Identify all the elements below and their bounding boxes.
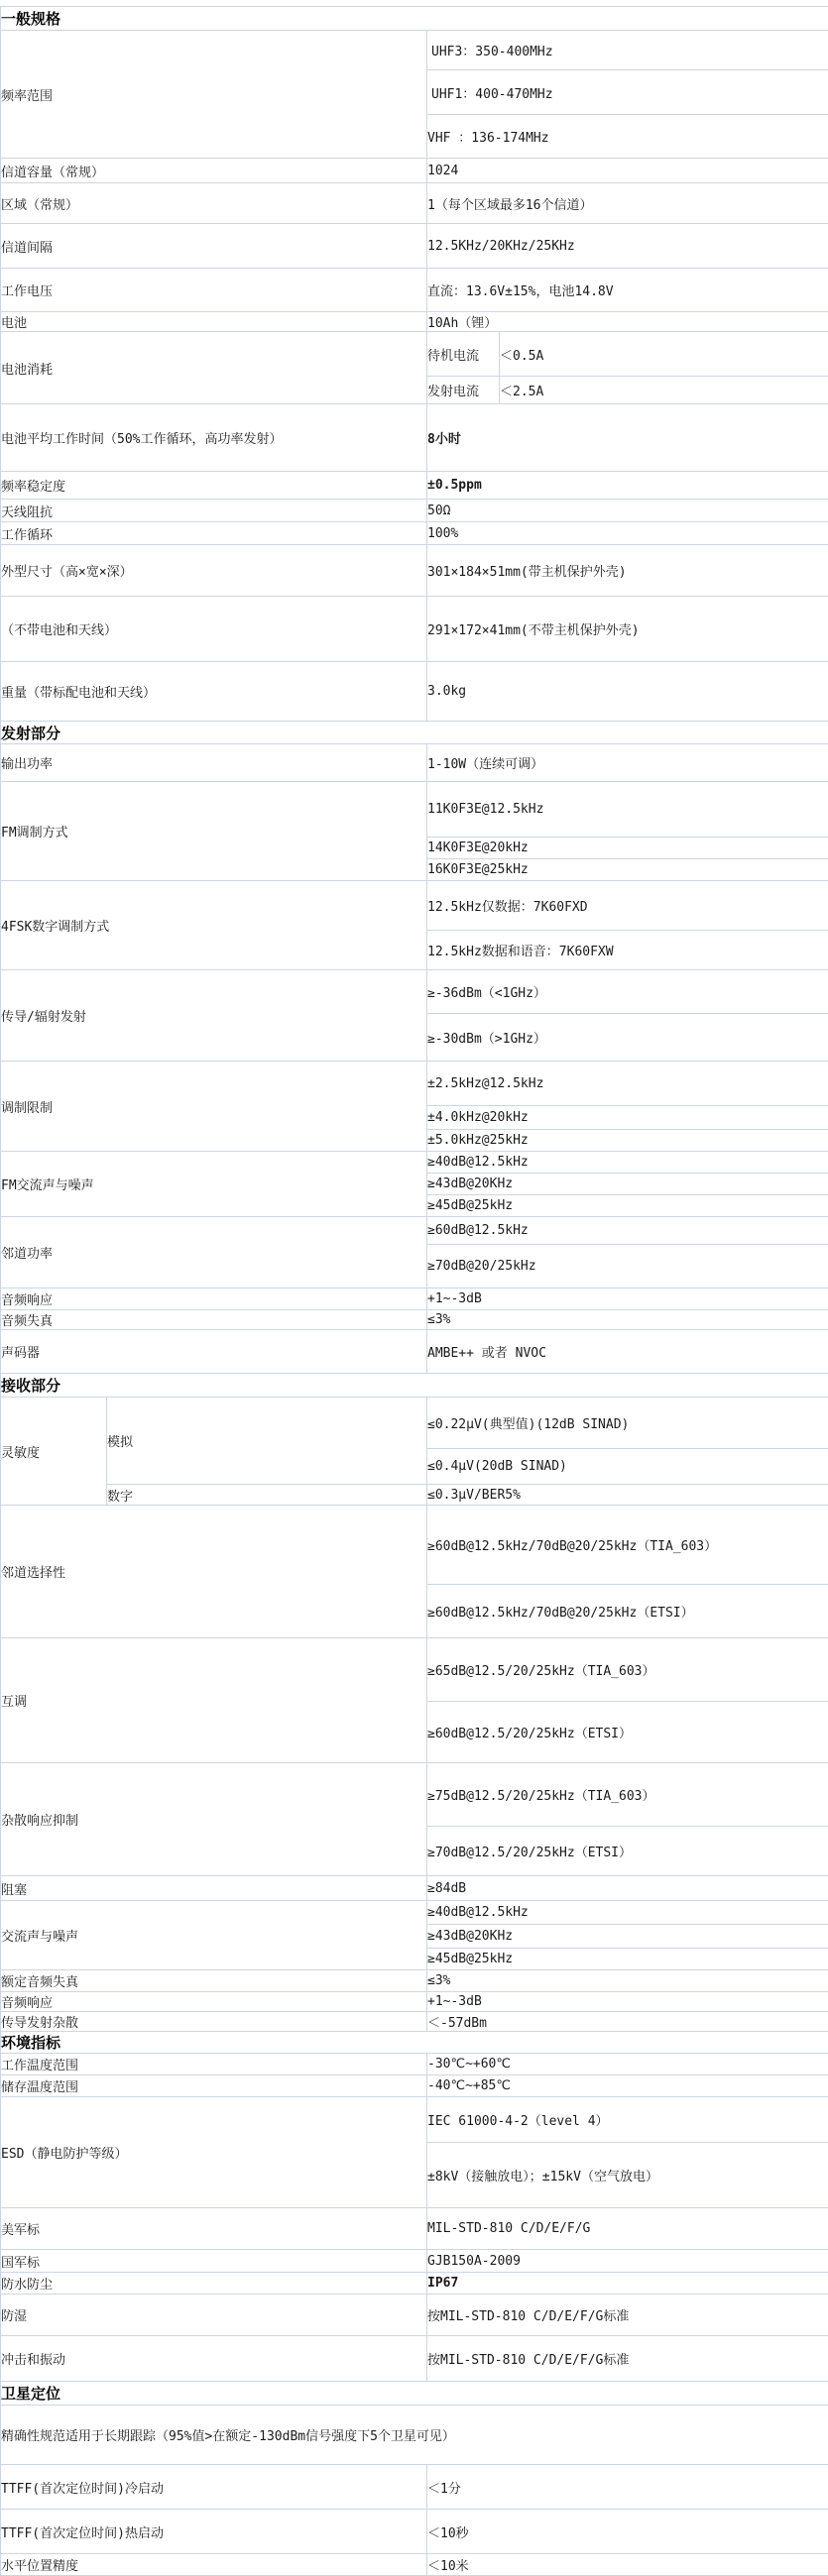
spec-value: ≥40dB@12.5kHz: [427, 1901, 828, 1925]
spec-label: 频率范围: [1, 31, 427, 159]
spec-label: TTFF(首次定位时间)冷启动: [1, 2465, 427, 2510]
spec-value: AMBE++ 或者 NVOC: [427, 1330, 828, 1374]
spec-label: 工作循环: [1, 522, 427, 545]
spec-value: -40℃~+85℃: [427, 2075, 828, 2097]
spec-label: 国军标: [1, 2250, 427, 2273]
spec-label: 音频响应: [1, 1288, 427, 1310]
spec-value: ±2.5kHz@12.5kHz: [427, 1062, 828, 1106]
spec-value: 12.5kHz仅数据：7K60FXD: [427, 881, 828, 931]
spec-label: 防水防尘: [1, 2273, 427, 2295]
spec-subname: 待机电流: [427, 332, 500, 377]
spec-label: 声码器: [1, 1330, 427, 1374]
spec-value: ≥70dB@20/25kHz: [427, 1245, 828, 1288]
spec-label: 防湿: [1, 2295, 427, 2336]
spec-value: ≥45dB@25kHz: [427, 1949, 828, 1970]
section-header: 卫星定位: [1, 2382, 828, 2406]
spec-value: ＜2.5A: [500, 377, 828, 404]
spec-value: ≥60dB@12.5kHz/70dB@20/25kHz（ETSI）: [427, 1585, 828, 1638]
spec-value: -30℃~+60℃: [427, 2054, 828, 2075]
spec-value: GJB150A-2009: [427, 2250, 828, 2273]
spec-value: ≥40dB@12.5kHz: [427, 1152, 828, 1174]
spec-label: 邻道选择性: [1, 1506, 427, 1638]
spec-label: ESD（静电防护等级）: [1, 2097, 427, 2208]
spec-value: IEC 61000-4-2（level 4）: [427, 2097, 828, 2143]
section-header: 发射部分: [1, 722, 828, 744]
spec-value: ＜10秒: [427, 2510, 828, 2554]
spec-label: 输出功率: [1, 744, 427, 782]
spec-value: 50Ω: [427, 500, 828, 522]
spec-value: 1024: [427, 159, 828, 183]
spec-label: 冲击和振动: [1, 2336, 427, 2382]
spec-value: 按MIL-STD-810 C/D/E/F/G标准: [427, 2336, 828, 2382]
spec-value: 3.0kg: [427, 662, 828, 722]
spec-value: 1-10W（连续可调）: [427, 744, 828, 782]
spec-label: 互调: [1, 1638, 427, 1763]
spec-value: 301×184×51mm(带主机保护外壳): [427, 545, 828, 597]
spec-value: ≥60dB@12.5kHz: [427, 1217, 828, 1245]
spec-value: 291×172×41mm(不带主机保护外壳): [427, 597, 828, 662]
spec-value: ≥65dB@12.5/20/25kHz（TIA_603）: [427, 1638, 828, 1702]
spec-value: ≤3%: [427, 1310, 828, 1330]
spec-value: 14K0F3E@20kHz: [427, 838, 828, 859]
spec-value: ≥43dB@20KHz: [427, 1925, 828, 1949]
spec-value: ±4.0kHz@20kHz: [427, 1106, 828, 1130]
spec-label: 电池消耗: [1, 332, 427, 404]
section-header: 接收部分: [1, 1374, 828, 1398]
spec-table: 一般规格频率范围UHF3：350-400MHzUHF1：400-470MHzVH…: [0, 6, 828, 2576]
spec-value: 12.5KHz/20KHz/25KHz: [427, 224, 828, 269]
spec-label: 邻道功率: [1, 1217, 427, 1288]
spec-label: 工作温度范围: [1, 2054, 427, 2075]
spec-label: 音频失真: [1, 1310, 427, 1330]
spec-label: FM交流声与噪声: [1, 1152, 427, 1217]
spec-groupname: 模拟: [107, 1398, 427, 1485]
spec-table-body: 一般规格频率范围UHF3：350-400MHzUHF1：400-470MHzVH…: [1, 7, 828, 2576]
spec-value: ≥84dB: [427, 1876, 828, 1901]
spec-value: ≥-30dBm（>1GHz）: [427, 1014, 828, 1062]
spec-value: UHF1：400-470MHz: [427, 70, 828, 115]
spec-value: ±0.5ppm: [427, 472, 828, 500]
spec-label: 交流声与噪声: [1, 1901, 427, 1970]
spec-value: 1（每个区域最多16个信道）: [427, 183, 828, 224]
spec-label: （不带电池和天线）: [1, 597, 427, 662]
spec-note: 精确性规范适用于长期跟踪（95%值>在额定-130dBm信号强度下5个卫星可见）: [1, 2406, 828, 2465]
spec-value: ±8kV（接触放电）；±15kV（空气放电）: [427, 2143, 828, 2208]
spec-value: ±5.0kHz@25kHz: [427, 1130, 828, 1152]
spec-value: 12.5kHz数据和语音：7K60FXW: [427, 931, 828, 970]
spec-value: ≤0.4μV(20dB SINAD): [427, 1449, 828, 1485]
spec-value: 16K0F3E@25kHz: [427, 859, 828, 881]
section-header: 环境指标: [1, 2032, 828, 2054]
spec-value: ≥43dB@20KHz: [427, 1174, 828, 1195]
spec-value: ＜0.5A: [500, 332, 828, 377]
spec-label: 电池: [1, 312, 427, 332]
spec-value: ≤0.22μV(典型值)(12dB SINAD): [427, 1398, 828, 1449]
spec-label: 阻塞: [1, 1876, 427, 1901]
spec-value: 8小时: [427, 404, 828, 472]
spec-label: 传导发射杂散: [1, 2012, 427, 2032]
spec-label: 灵敏度: [1, 1398, 107, 1506]
spec-label: 美军标: [1, 2208, 427, 2250]
spec-value: ≥45dB@25kHz: [427, 1195, 828, 1217]
spec-value: ≤0.3μV/BER5%: [427, 1485, 828, 1506]
spec-value: VHF ：136-174MHz: [427, 115, 828, 159]
spec-value: IP67: [427, 2273, 828, 2295]
spec-value: +1~-3dB: [427, 1992, 828, 2012]
spec-label: 信道间隔: [1, 224, 427, 269]
spec-value: ＜-57dBm: [427, 2012, 828, 2032]
spec-value: 按MIL-STD-810 C/D/E/F/G标准: [427, 2295, 828, 2336]
spec-label: 区域（常规）: [1, 183, 427, 224]
spec-value: ≥-36dBm（<1GHz）: [427, 970, 828, 1014]
spec-label: 频率稳定度: [1, 472, 427, 500]
spec-label: 重量（带标配电池和天线）: [1, 662, 427, 722]
spec-label: 额定音频失真: [1, 1970, 427, 1992]
spec-label: 工作电压: [1, 269, 427, 312]
spec-value: +1~-3dB: [427, 1288, 828, 1310]
spec-value: 100%: [427, 522, 828, 545]
spec-label: 储存温度范围: [1, 2075, 427, 2097]
spec-value: ＜10米: [427, 2554, 828, 2576]
spec-value: ≥60dB@12.5/20/25kHz（ETSI）: [427, 1702, 828, 1763]
spec-label: 信道容量（常规）: [1, 159, 427, 183]
spec-label: TTFF(首次定位时间)热启动: [1, 2510, 427, 2554]
spec-label: 音频响应: [1, 1992, 427, 2012]
spec-value: ＜1分: [427, 2465, 828, 2510]
spec-value: ≤3%: [427, 1970, 828, 1992]
spec-groupname: 数字: [107, 1485, 427, 1506]
spec-label: 天线阻抗: [1, 500, 427, 522]
spec-value: ≥75dB@12.5/20/25kHz（TIA_603）: [427, 1763, 828, 1827]
spec-label: 外型尺寸（高×宽×深）: [1, 545, 427, 597]
spec-label: 调制限制: [1, 1062, 427, 1152]
spec-label: 4FSK数字调制方式: [1, 881, 427, 970]
spec-value: ≥60dB@12.5kHz/70dB@20/25kHz（TIA_603）: [427, 1506, 828, 1585]
spec-value: 11K0F3E@12.5kHz: [427, 782, 828, 838]
spec-value: UHF3：350-400MHz: [427, 31, 828, 70]
spec-value: 10Ah（锂）: [427, 312, 828, 332]
spec-label: 电池平均工作时间（50%工作循环，高功率发射）: [1, 404, 427, 472]
spec-value: 直流：13.6V±15%，电池14.8V: [427, 269, 828, 312]
spec-value: MIL-STD-810 C/D/E/F/G: [427, 2208, 828, 2250]
spec-value: ≥70dB@12.5/20/25kHz（ETSI）: [427, 1827, 828, 1876]
spec-label: 传导/辐射发射: [1, 970, 427, 1062]
spec-subname: 发射电流: [427, 377, 500, 404]
spec-label: FM调制方式: [1, 782, 427, 881]
spec-label: 杂散响应抑制: [1, 1763, 427, 1876]
section-header: 一般规格: [1, 7, 828, 31]
